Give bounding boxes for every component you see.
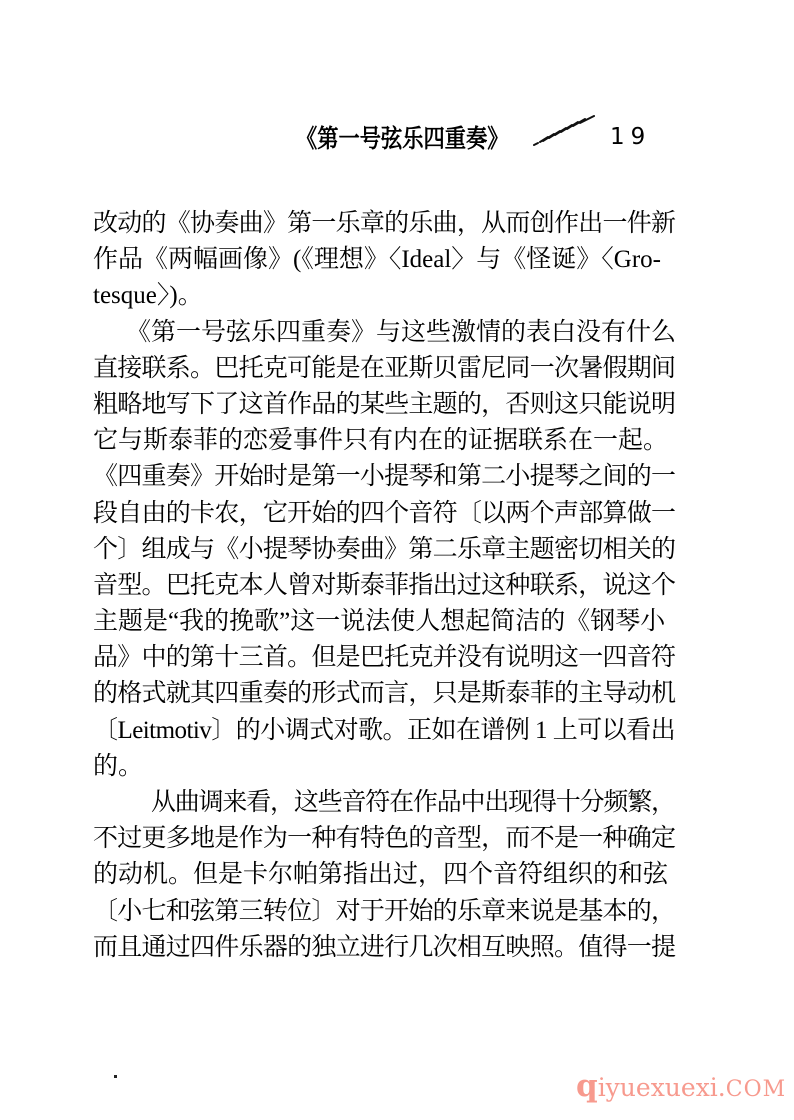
- text-line: 它与斯泰菲的恋爱事件只有内在的证据联系在一起。: [93, 423, 676, 459]
- page-number: 19: [610, 124, 651, 150]
- text-line: 而且通过四件乐器的独立进行几次相互映照。值得一提: [93, 930, 676, 966]
- watermark-tld: COM: [726, 1077, 786, 1102]
- text-line: 从曲调来看，这些音符在作品中出现得十分频繁，: [93, 785, 676, 821]
- watermark: qiyuexuexi.COM: [576, 1068, 786, 1104]
- watermark-domain: iyuexuexi.: [598, 1073, 726, 1102]
- text-line: 直接联系。巴托克可能是在亚斯贝雷尼同一次暑假期间: [93, 351, 676, 387]
- pen-scribble-icon: [528, 113, 602, 151]
- text-line: 主题是“我的挽歌”这一说法使人想起简洁的《钢琴小: [93, 604, 676, 640]
- text-line: 改动的《协奏曲》第一乐章的乐曲，从而创作出一件新: [93, 206, 676, 242]
- text-line: 的动机。但是卡尔帕第指出过，四个音符组织的和弦: [93, 857, 676, 893]
- text-line: 品》中的第十三首。但是巴托克并没有说明这一四音符: [93, 640, 676, 676]
- text-line: 粗略地写下了这首作品的某些主题的，否则这只能说明: [93, 387, 676, 423]
- text-line: 音型。巴托克本人曾对斯泰菲指出过这种联系，说这个: [93, 568, 676, 604]
- book-page: 《第一号弦乐四重奏》 19 改动的《协奏曲》第一乐章的乐曲，从而创作出一件新作品…: [0, 0, 794, 1120]
- text-line: 不过更多地是作为一种有特色的音型，而不是一种确定: [93, 821, 676, 857]
- running-title: 《第一号弦乐四重奏》: [296, 119, 509, 155]
- text-line: 个〕组成与《小提琴协奏曲》第二乐章主题密切相关的: [93, 532, 676, 568]
- ink-speck: [114, 1075, 117, 1078]
- body-text: 改动的《协奏曲》第一乐章的乐曲，从而创作出一件新作品《两幅画像》(《理想》〈Id…: [93, 206, 676, 966]
- text-line: 的格式就其四重奏的形式而言，只是斯泰菲的主导动机: [93, 676, 676, 712]
- text-line: 〔Leitmotiv〕的小调式对歌。正如在谱例 1 上可以看出: [93, 713, 676, 749]
- text-line: 作品《两幅画像》(《理想》〈Ideal〉与《怪诞》〈Gro-: [93, 242, 676, 278]
- text-line: 《四重奏》开始时是第一小提琴和第二小提琴之间的一: [93, 459, 676, 495]
- text-line: tesque〉)。: [93, 278, 676, 314]
- text-line: 《第一号弦乐四重奏》与这些激情的表白没有什么: [93, 315, 676, 351]
- text-line: 段自由的卡农，它开始的四个音符〔以两个声部算做一: [93, 496, 676, 532]
- watermark-q: q: [576, 1068, 598, 1104]
- text-line: 的。: [93, 749, 676, 785]
- text-line: 〔小七和弦第三转位〕对于开始的乐章来说是基本的，: [93, 894, 676, 930]
